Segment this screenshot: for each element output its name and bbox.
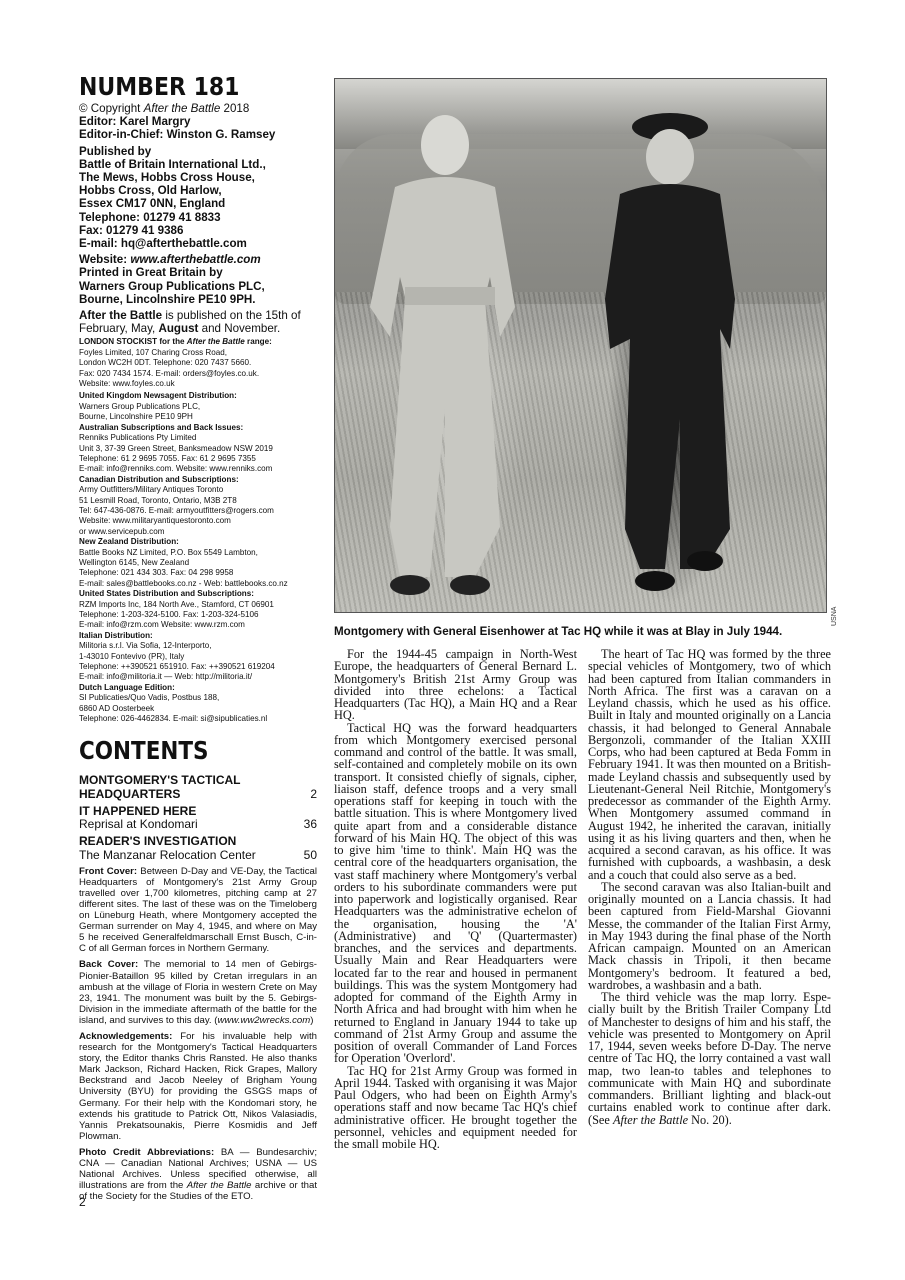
front-cover-note: Front Cover: Between D-Day and VE-Day, t… (79, 866, 317, 955)
masthead-sidebar: NUMBER 181 © Copyright After the Battle … (79, 74, 317, 1207)
toc-entry[interactable]: MONTGOMERY'S TACTICAL HEADQUARTERS 2 (79, 774, 317, 800)
article-paragraph: The heart of Tac HQ was formed by the th… (588, 648, 831, 881)
email-link[interactable]: E-mail: hq@afterthebattle.com (79, 237, 317, 250)
distribution-united-states: United States Distribution and Subscript… (79, 589, 317, 631)
eisenhower-figure (580, 99, 750, 599)
article-paragraph: The third vehicle was the map lorry. Esp… (588, 991, 831, 1126)
distribution-italy: Italian Distribution: Militoria s.r.l. V… (79, 631, 317, 683)
distribution-canada: Canadian Distribution and Subscriptions:… (79, 475, 317, 537)
website-link[interactable]: www.afterthebattle.com (130, 253, 260, 266)
photo-credit: USNA (831, 606, 838, 626)
photo-credits-note: Photo Credit Abbreviations: BA — Bundesa… (79, 1147, 317, 1202)
toc-page-number: 50 (297, 849, 317, 862)
toc-entry[interactable]: READER'S INVESTIGATION The Manzanar Relo… (79, 835, 317, 861)
montgomery-figure (350, 107, 520, 602)
issue-reference: After the Battle (613, 1113, 688, 1127)
toc-entry[interactable]: IT HAPPENED HERE Reprisal at Kondomari 3… (79, 805, 317, 831)
cover-notes: Front Cover: Between D-Day and VE-Day, t… (79, 866, 317, 1203)
toc-page-number: 2 (297, 788, 317, 801)
photo-caption: Montgomery with General Eisenhower at Ta… (334, 625, 834, 639)
editor-line: Editor: Karel Margry (79, 115, 317, 128)
copyright-line: © Copyright After the Battle 2018 (79, 102, 317, 115)
publisher-block: Published by Battle of Britain Internati… (79, 145, 317, 251)
article-column-1: For the 1944-45 campaign in North-West E… (334, 648, 577, 1150)
printer-block: Printed in Great Britain by Warners Grou… (79, 266, 317, 306)
distribution-new-zealand: New Zealand Distribution: Battle Books N… (79, 537, 317, 589)
editor-in-chief-line: Editor-in-Chief: Winston G. Ramsey (79, 128, 317, 141)
back-cover-note: Back Cover: The memorial to 14 men of Ge… (79, 959, 317, 1026)
masthead-info: © Copyright After the Battle 2018 Editor… (79, 102, 317, 335)
distribution-uk: United Kingdom Newsagent Distribution: W… (79, 391, 317, 422)
table-of-contents: MONTGOMERY'S TACTICAL HEADQUARTERS 2 IT … (79, 774, 317, 861)
article-paragraph: For the 1944-45 campaign in North-West E… (334, 648, 577, 722)
toc-page-number: 36 (297, 818, 317, 831)
feature-photo (334, 78, 827, 613)
london-stockist-heading: LONDON STOCKIST for the After the Battle… (79, 337, 317, 347)
publication-schedule: After the Battle is published on the 15t… (79, 309, 317, 335)
article-column-2: The heart of Tac HQ was formed by the th… (588, 648, 831, 1126)
distribution-australia: Australian Subscriptions and Back Issues… (79, 423, 317, 475)
website-line: Website: www.afterthebattle.com (79, 253, 317, 266)
contents-heading: CONTENTS (79, 738, 284, 764)
article-paragraph: The second caravan was also Italian-buil… (588, 881, 831, 991)
distribution-dutch: Dutch Language Edition: SI Publicaties/Q… (79, 683, 317, 725)
article-paragraph: Tac HQ for 21st Army Group was formed in… (334, 1065, 577, 1151)
page-number: 2 (79, 1195, 86, 1209)
article-paragraph: Tactical HQ was the forward headquarters… (334, 722, 577, 1065)
acknowledgements-note: Acknowledgements: For his invaluable hel… (79, 1031, 317, 1142)
distribution-block: LONDON STOCKIST for the After the Battle… (79, 337, 317, 724)
issue-title: NUMBER 181 (79, 74, 288, 100)
back-cover-link[interactable]: www.ww2wrecks.com (217, 1015, 310, 1026)
